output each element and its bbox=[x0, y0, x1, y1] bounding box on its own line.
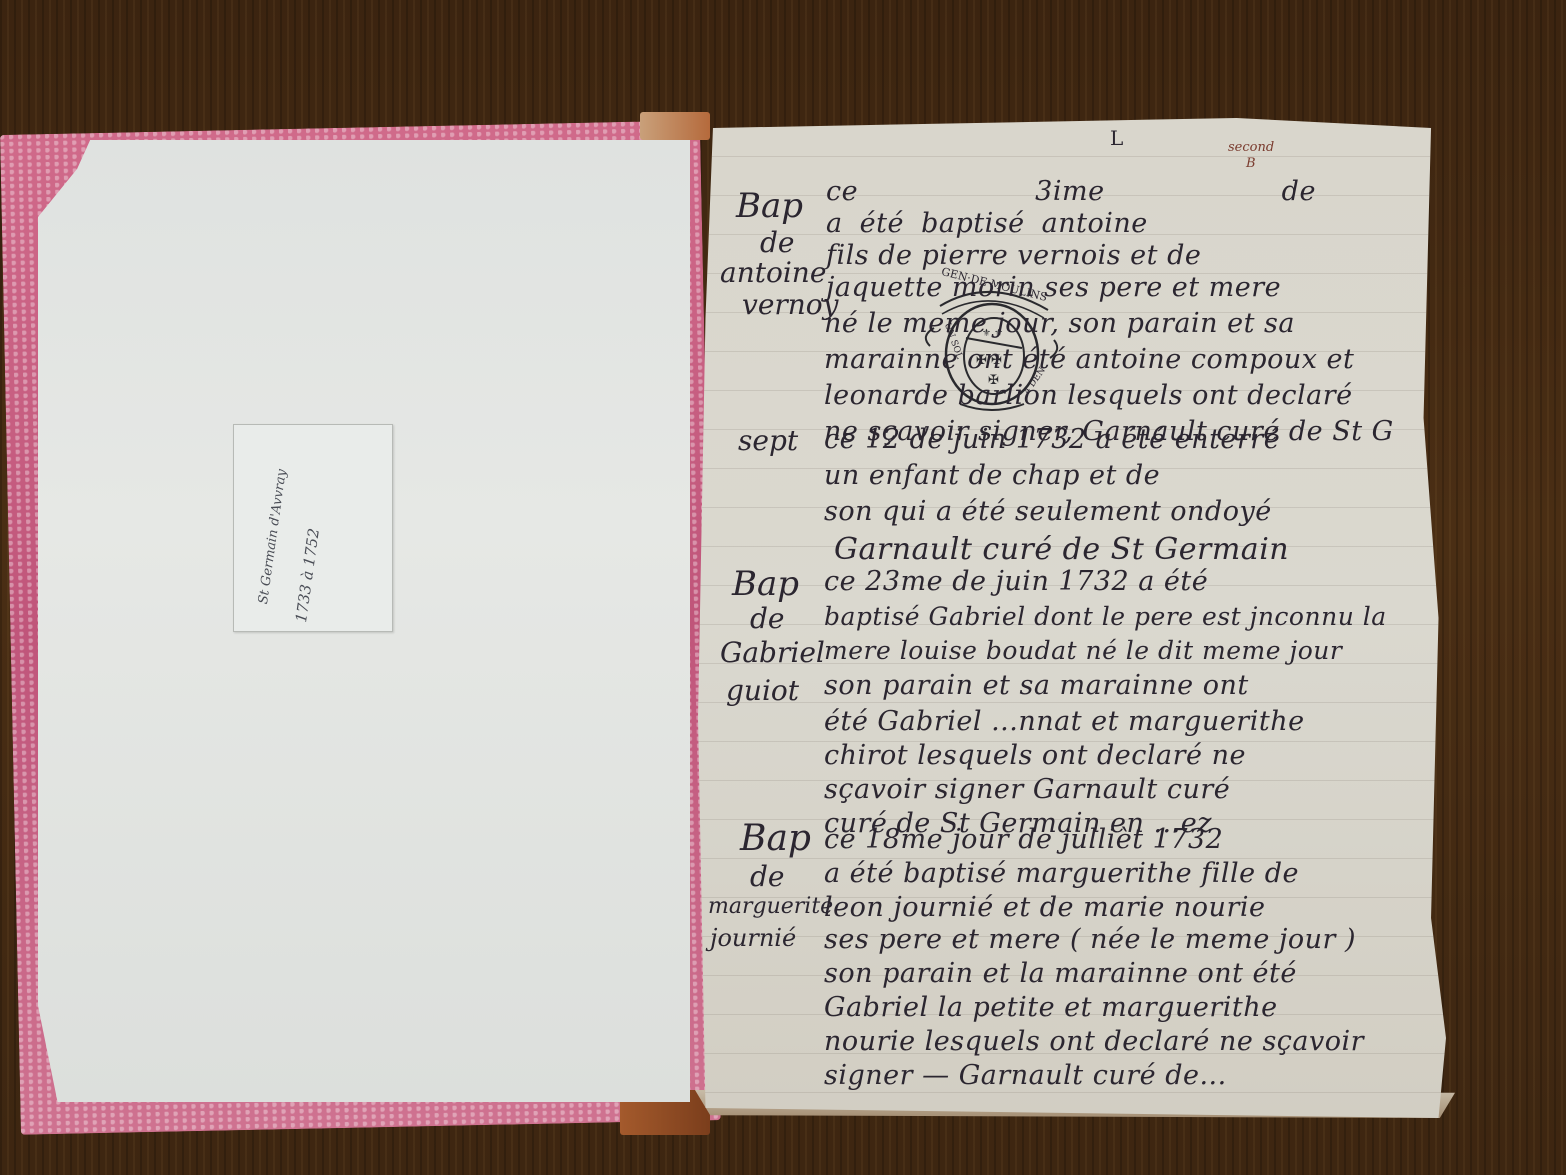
label-place: St Germain d'Avvray bbox=[256, 468, 290, 605]
label-years: 1733 à 1752 bbox=[292, 527, 323, 623]
margin-note: antoine bbox=[720, 256, 826, 289]
margin-note: sept bbox=[738, 424, 798, 457]
corner-note-1: second bbox=[1228, 140, 1274, 155]
entry-line: baptisé Gabriel dont le pere est jnconnu… bbox=[824, 602, 1387, 631]
margin-note: Bap bbox=[736, 186, 803, 226]
margin-note: de bbox=[750, 602, 785, 635]
entry-line: son qui a été seulement ondoyé bbox=[824, 496, 1272, 527]
register-page: L second B ⚜ ⚜ ✠ ✠ ✠ GEN·DE MOULINS UN S… bbox=[698, 118, 1446, 1118]
entry-line: marainne ont été antoine compoux et bbox=[824, 344, 1354, 375]
margin-note: guiot bbox=[726, 674, 799, 707]
entry-line: Gabriel la petite et marguerithe bbox=[824, 992, 1278, 1023]
entry-line: signer — Garnault curé de... bbox=[824, 1060, 1227, 1091]
margin-note: Bap bbox=[740, 818, 811, 859]
entry-line: sçavoir signer Garnault curé bbox=[824, 774, 1230, 805]
entry-line: nourie lesquels ont declaré ne sçavoir bbox=[824, 1026, 1364, 1057]
archive-label: St Germain d'Avvray 1733 à 1752 bbox=[233, 424, 393, 632]
margin-note: de bbox=[750, 860, 785, 893]
corner-note-2: B bbox=[1246, 156, 1256, 171]
entry-line: fils de pierre vernois et de bbox=[826, 240, 1201, 271]
entry-line: ce 12 de juin 1732 a été enterré bbox=[824, 424, 1280, 455]
margin-note: Gabriel bbox=[720, 636, 825, 669]
top-mark: L bbox=[1110, 126, 1123, 150]
margin-note: de bbox=[760, 226, 795, 259]
entry-line: a été baptisé antoine bbox=[826, 208, 1148, 239]
margin-note: Bap bbox=[732, 564, 799, 604]
entry-line: né le meme jour, son parain et sa bbox=[824, 308, 1295, 339]
entry-line: leon journié et de marie nourie bbox=[824, 892, 1265, 923]
margin-note: journié bbox=[710, 924, 796, 952]
margin-note: marguerite bbox=[708, 894, 833, 919]
entry-line: mere louise boudat né le dit meme jour bbox=[824, 636, 1342, 665]
entry-line: Garnault curé de St Germain bbox=[834, 532, 1289, 567]
entry-line: a été baptisé marguerithe fille de bbox=[824, 858, 1299, 889]
entry-line: ce 18me jour de jullièt 1732 bbox=[824, 824, 1223, 855]
entry-line: son parain et la marainne ont été bbox=[824, 958, 1297, 989]
entry-line: un enfant de chap et de bbox=[824, 460, 1160, 491]
entry-line: été Gabriel ...nnat et marguerithe bbox=[824, 706, 1305, 737]
entry-line: ce 3ime de mai 1732 bbox=[826, 176, 1566, 207]
entry-line: ses pere et mere ( née le meme jour ) bbox=[824, 924, 1356, 955]
entry-line: jaquette morin ses pere et mere bbox=[826, 272, 1281, 303]
entry-line: son parain et sa marainne ont bbox=[824, 670, 1249, 701]
entry-line: leonarde barlion lesquels ont declaré bbox=[824, 380, 1353, 411]
leather-spine-top bbox=[640, 112, 710, 140]
entry-line: ce 23me de juin 1732 a été bbox=[824, 566, 1208, 597]
entry-line: chirot lesquels ont declaré ne bbox=[824, 740, 1246, 771]
